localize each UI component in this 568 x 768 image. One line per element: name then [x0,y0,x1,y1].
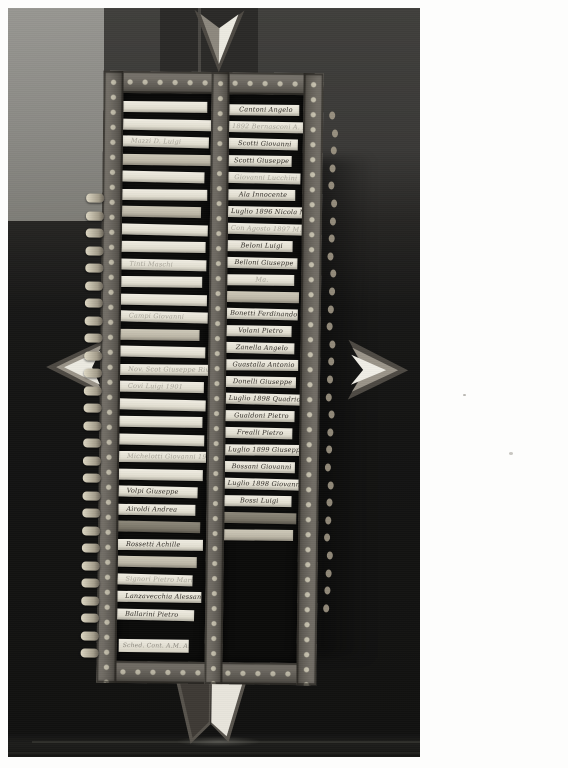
slat-handwritten-name [121,293,207,295]
slat-handwritten-name: Signori Pietro Maria [117,573,192,586]
slat-handwritten-name: Luglio 1899 Giuseppe Longhi [225,444,299,456]
slat-handwritten-name: Bonetti Ferdinando [227,308,298,321]
name-slat: Beloni Luigi [228,240,293,252]
slat-handwritten-name [122,206,201,207]
slat-handwritten-name: Ma. [227,274,294,286]
slat-handwritten-name [121,328,200,329]
slat-handwritten-name: Bossani Giovanni [225,461,295,473]
name-slat [118,520,200,533]
name-slat: Luglio 1896 Nicola Maghi [228,206,302,218]
name-slat: Rossetti Achille [118,538,203,550]
name-slat [224,529,293,541]
slat-handwritten-name: Scotti Giuseppe [229,155,292,167]
name-slat: Belloni Giuseppe [227,257,298,270]
name-slat [118,556,197,568]
slat-handwritten-name [122,241,206,242]
photo-page: Mazzi D. LuigiTinti MaschiCampi Giovanni… [0,0,568,768]
name-slat: Guastalla Antonio [226,359,298,371]
left-column-window: Mazzi D. LuigiTinti MaschiCampi Giovanni… [117,93,212,662]
right-column-window: Cantoni Angelo1892 Bernasconi A. F.Scott… [223,94,304,663]
name-slat [120,345,206,358]
slat-handwritten-name [123,118,211,120]
name-slat [123,153,211,165]
slat-handwritten-name [118,556,197,557]
floor-edge-line [8,752,420,754]
slat-handwritten-name: Luglio 1898 Giovanni Cavezzi [225,478,299,491]
name-slat [224,512,296,525]
slat-handwritten-name: Campi Giovanni [121,310,208,323]
slat-handwritten-name: Michelotti Giovanni 1902 [119,451,206,463]
slat-handwritten-name [123,153,211,154]
name-slat: Nov. Scot Giuseppe Riva [120,363,208,375]
name-slat: Volpi Giuseppe [118,485,197,498]
slat-handwritten-name: Frealli Pietro [225,427,292,439]
left-slat-column: Mazzi D. LuigiTinti MaschiCampi Giovanni… [117,93,211,621]
name-slat [123,118,211,131]
wall-light-panel [8,8,104,221]
inventory-label-text: Sched. Cont. A.M. Anni [119,639,189,653]
dust-speck [509,452,513,455]
name-slat: Campi Giovanni [121,310,208,323]
finial-right [344,340,409,401]
name-slat: Luglio 1899 Giuseppe Longhi [225,444,299,456]
name-slat: Ma. [227,274,294,286]
name-slat: Signori Pietro Maria [117,573,192,586]
name-slat: Bonetti Ferdinando [227,308,298,321]
slat-handwritten-name: Ballarini Pietro [117,608,195,621]
slat-handwritten-name [123,171,205,173]
slat-handwritten-name [227,291,299,292]
slat-handwritten-name [224,512,296,514]
slat-handwritten-name: Luglio 1898 Quadrio Pietro [226,393,300,406]
name-slat: Covi Luigi 1901 [120,381,204,394]
name-slat: Zanella Angelo [226,342,294,355]
name-slat: 1892 Bernasconi A. F. [229,121,303,133]
photograph: Mazzi D. LuigiTinti MaschiCampi Giovanni… [8,8,420,757]
slat-handwritten-name [119,433,204,435]
slat-handwritten-name [122,188,207,189]
name-slat: Ballarini Pietro [117,608,195,621]
name-slat: Donelli Giuseppe [226,376,296,388]
name-slat: Lanzavecchia Alessandro [117,591,201,603]
slat-handwritten-name: Airoldi Andrea [118,503,196,515]
slat-handwritten-name: Zanella Angelo [226,342,294,355]
name-slat [121,293,207,306]
slat-handwritten-name: Luglio 1896 Nicola Maghi [228,206,302,218]
slat-handwritten-name: Gualdoni Pietro [225,410,294,422]
name-slat: Michelotti Giovanni 1902 [119,451,206,463]
slat-handwritten-name: Giovanni Lucchini [228,172,300,185]
name-slat: Ala Innocente [228,189,295,201]
slat-handwritten-name [120,416,203,417]
slat-handwritten-name: Lanzavecchia Alessandro [117,591,201,603]
name-slat [227,291,299,303]
slat-handwritten-name: Volpi Giuseppe [118,485,197,498]
board-shadow [314,158,372,658]
name-slat: Scotti Giuseppe [229,155,292,167]
slat-handwritten-name: Tinti Maschi [121,258,207,271]
name-slat: Cantoni Angelo [229,104,299,116]
name-slat: Tinti Maschi [121,258,207,271]
name-slat [121,276,202,288]
slat-handwritten-name: Guastalla Antonio [226,359,298,371]
name-board: Mazzi D. LuigiTinti MaschiCampi Giovanni… [96,71,323,686]
slat-handwritten-name: Belloni Giuseppe [227,257,298,270]
name-slat [120,328,199,340]
name-slat: Airoldi Andrea [118,503,196,515]
slat-handwritten-name: Scotti Giovanni [229,138,298,151]
slat-handwritten-name: Mazzi D. Luigi [123,135,209,148]
finial-top [192,10,247,77]
name-slat: Giovanni Lucchini [228,172,300,185]
name-slat [122,171,204,184]
slat-handwritten-name [120,345,205,347]
name-slat [122,206,201,218]
finial-bottom [171,678,252,747]
slat-handwritten-name: Beloni Luigi [228,240,293,252]
name-slat [122,241,206,253]
slat-handwritten-name [119,468,203,470]
name-slat [119,468,203,481]
slat-handwritten-name [118,520,200,522]
name-slat: Luglio 1898 Giovanni Cavezzi [225,478,299,491]
name-slat: Frealli Pietro [225,427,292,439]
name-slat: Gualdoni Pietro [225,410,294,422]
right-slat-column: Cantoni Angelo1892 Bernasconi A. F.Scott… [224,94,303,541]
slat-handwritten-name: Volani Pietro [227,325,292,337]
slat-handwritten-name: Con Agosto 1897 M. [228,223,302,236]
name-slat: Luglio 1898 Quadrio Pietro [226,393,300,406]
slat-handwritten-name [122,223,208,225]
dust-speck [463,394,466,396]
name-slat: Con Agosto 1897 M. [228,223,302,236]
slat-handwritten-name: Bossi Luigi [224,495,291,507]
slat-handwritten-name: 1892 Bernasconi A. F. [229,121,303,133]
name-slat: Mazzi D. Luigi [123,135,209,148]
slat-handwritten-name [123,101,207,102]
name-slat [119,433,205,446]
name-slat: Bossi Luigi [224,495,291,507]
name-slat: Volani Pietro [227,325,292,337]
slat-handwritten-name: Rossetti Achille [118,538,203,550]
name-slat: Bossani Giovanni [225,461,295,473]
name-slat [123,101,208,113]
slat-handwritten-name [120,398,206,400]
name-slat [122,223,208,236]
slat-handwritten-name: Nov. Scot Giuseppe Riva [120,363,208,375]
name-slat: Scotti Giovanni [229,138,298,151]
slat-handwritten-name [121,276,202,277]
slat-handwritten-name: Cantoni Angelo [229,104,299,116]
slat-handwritten-name: Covi Luigi 1901 [120,381,204,394]
name-slat [120,398,206,411]
inventory-label: Sched. Cont. A.M. Anni [119,639,189,653]
slat-handwritten-name: Ala Innocente [228,189,295,201]
slat-handwritten-name [224,529,293,530]
slat-handwritten-name: Donelli Giuseppe [226,376,296,388]
name-slat [119,416,202,428]
name-slat [122,188,207,200]
